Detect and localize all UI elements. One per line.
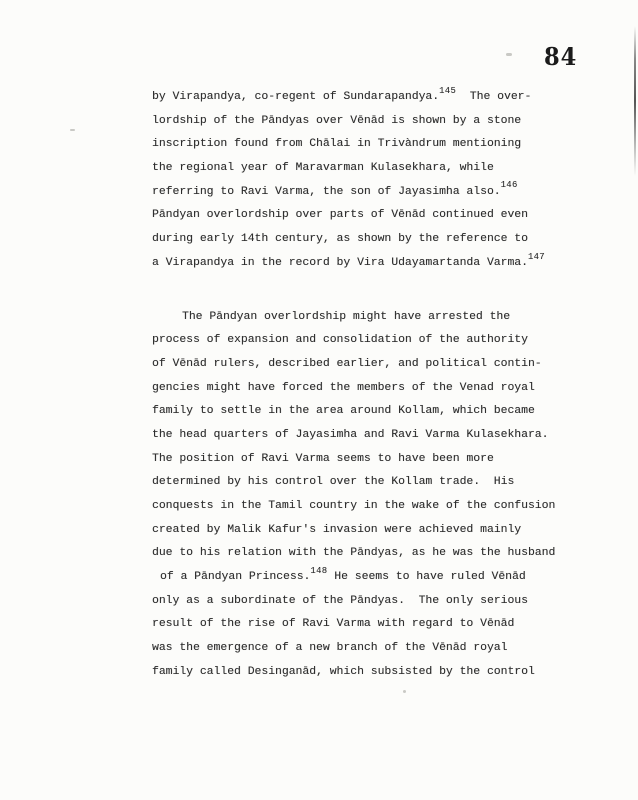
text-line: created by Malik Kafur's invasion were a… [152, 519, 592, 543]
text-line: the regional year of Maravarman Kulasekh… [152, 157, 592, 181]
page-number: 84 [544, 45, 577, 69]
scan-edge-artifact [634, 26, 636, 176]
text-line: of a Pāndyan Princess.148 He seems to ha… [152, 566, 592, 590]
text-line: was the emergence of a new branch of the… [152, 637, 592, 661]
text-line: result of the rise of Ravi Varma with re… [152, 613, 592, 637]
text-block: by Virapandya, co-regent of Sundarapandy… [152, 86, 592, 685]
text-line: due to his relation with the Pāndyas, as… [152, 542, 592, 566]
scanned-document-page: 84 by Virapandya, co-regent of Sundarapa… [0, 0, 638, 800]
scan-speck-artifact [506, 53, 512, 56]
footnote-reference: 145 [439, 86, 456, 96]
text-line: The Pāndyan overlordship might have arre… [152, 306, 592, 330]
text-line: process of expansion and consolidation o… [152, 329, 592, 353]
scan-speck-artifact [403, 690, 406, 693]
text-line: gencies might have forced the members of… [152, 377, 592, 401]
text-line: lordship of the Pāndyas over Vēnād is sh… [152, 110, 592, 134]
text-line: Pāndyan overlordship over parts of Vēnād… [152, 204, 592, 228]
paragraph: by Virapandya, co-regent of Sundarapandy… [152, 86, 592, 276]
text-line: The position of Ravi Varma seems to have… [152, 448, 592, 472]
text-line: of Vēnād rulers, described earlier, and … [152, 353, 592, 377]
text-line: family to settle in the area around Koll… [152, 400, 592, 424]
text-line: by Virapandya, co-regent of Sundarapandy… [152, 86, 592, 110]
paragraph: The Pāndyan overlordship might have arre… [152, 306, 592, 685]
scan-speck-artifact [70, 129, 75, 131]
text-line: only as a subordinate of the Pāndyas. Th… [152, 590, 592, 614]
text-line: inscription found from Chālai in Trivànd… [152, 133, 592, 157]
text-line: a Virapandya in the record by Vira Udaya… [152, 252, 592, 276]
text-line: the head quarters of Jayasimha and Ravi … [152, 424, 592, 448]
text-line: family called Desinganād, which subsiste… [152, 661, 592, 685]
footnote-reference: 147 [528, 252, 545, 262]
text-line: determined by his control over the Kolla… [152, 471, 592, 495]
text-line: during early 14th century, as shown by t… [152, 228, 592, 252]
footnote-reference: 146 [501, 180, 518, 190]
text-line: referring to Ravi Varma, the son of Jaya… [152, 181, 592, 205]
footnote-reference: 148 [310, 566, 327, 576]
text-line: conquests in the Tamil country in the wa… [152, 495, 592, 519]
